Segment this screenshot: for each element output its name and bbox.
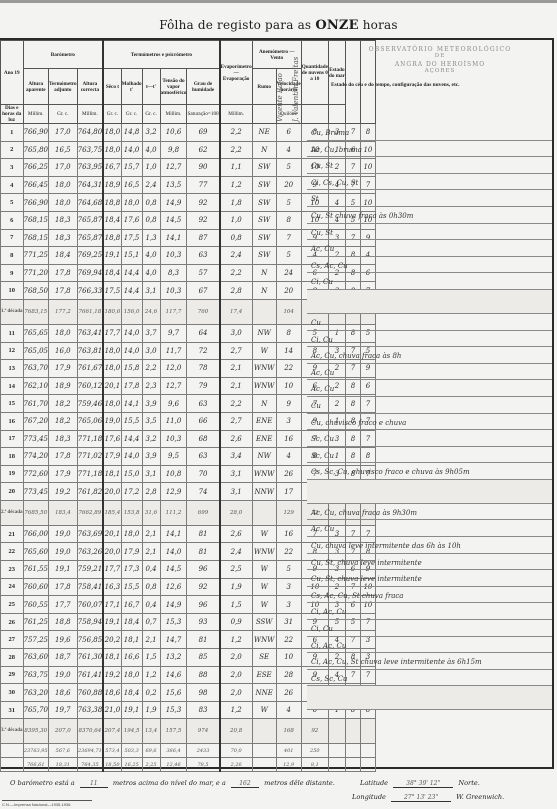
cell-alt-cor: 760,12 (77, 377, 103, 395)
observation-line: Ac, Cu (307, 240, 552, 257)
cell-term: 19,1 (49, 561, 78, 579)
cell-tensao: 157,5 (160, 719, 187, 744)
column-header: Tensão do vapor atmosférico (160, 69, 187, 105)
cell-alt-ap: 8395,30 (23, 719, 49, 744)
cell-vel: 8 (276, 324, 301, 342)
cell-rumo: SW (252, 247, 276, 265)
cell-alt-ap: 765,60 (23, 543, 49, 561)
cell-rumo: WNW (252, 377, 276, 395)
cell-hum: 78,5 (187, 758, 220, 772)
cell-term: 18,6 (49, 684, 78, 702)
column-header: Grau de humidade (187, 69, 220, 105)
day-cell: 22 (1, 543, 24, 561)
observation-line: Ci, Ac, Cu (307, 637, 552, 654)
observation-line: Sc, Cu (307, 447, 552, 464)
cell-term: 177,2 (49, 299, 78, 324)
observation-line: Cu, St, chuva leve intermitente (307, 570, 552, 587)
cell-dif: 3,0 (142, 342, 160, 360)
observatory-stamp: OBSERVATÓRIO METEOROLÓGICO DE ANGRA DO H… (365, 46, 515, 74)
cell-vel: 17 (276, 483, 301, 501)
cell-alt-ap: 765,65 (23, 324, 49, 342)
cell-evap: 1,2 (220, 176, 253, 194)
cell-alt-ap: 768,50 (23, 282, 49, 300)
cell-tensao: 9,7 (160, 324, 187, 342)
cell-seco: 180,6 (103, 299, 121, 324)
cell-alt-cor: 764,31 (77, 176, 103, 194)
cell-hum: 92 (187, 194, 220, 212)
day-cell: 29 (1, 666, 24, 684)
unit-label: Gr. c. (142, 105, 160, 124)
cell-evap: 2,4 (220, 543, 253, 561)
cell-tensao: 12,7 (160, 159, 187, 177)
cell-vel: 129 (276, 500, 301, 525)
cell-evap: 20,8 (220, 719, 253, 744)
cell-evap: 17,4 (220, 299, 253, 324)
cell-alt-cor: 769,94 (77, 264, 103, 282)
title-suffix: horas (359, 18, 398, 32)
cell-hum: 93 (187, 613, 220, 631)
cell-evap: 1,1 (220, 159, 253, 177)
cell-dif: 4,0 (142, 264, 160, 282)
footer: O barómetro está a 11 metros acima do ní… (0, 776, 557, 809)
cell-hum: 81 (187, 631, 220, 649)
observation-line: Sc, Cu (307, 430, 552, 447)
cell-tensao: 15,3 (160, 701, 187, 719)
observation-line: Cu, St (307, 157, 552, 174)
cell-term: 18,0 (49, 176, 78, 194)
cell-rumo: N (252, 264, 276, 282)
day-cell: 9 (1, 264, 24, 282)
cell-dif: 4,0 (142, 141, 160, 159)
cell-alt-ap: 766,90 (23, 124, 49, 142)
cell-alt-cor: 766,33 (77, 282, 103, 300)
cell-alt-ap: 765,80 (23, 141, 49, 159)
cell-alt-ap: 763,70 (23, 360, 49, 378)
cell-hum: 68 (187, 430, 220, 448)
cell-evap: 3,4 (220, 448, 253, 466)
cell-tensao: 14,9 (160, 194, 187, 212)
cell-seco: 20,1 (103, 377, 121, 395)
cell-hum: 98 (187, 684, 220, 702)
cell-hum: 88 (187, 666, 220, 684)
cell-evap: 2,2 (220, 395, 253, 413)
day-cell: 13 (1, 360, 24, 378)
cell-vel: 22 (276, 543, 301, 561)
cell-evap: 1,2 (220, 701, 253, 719)
cell-vel: 22 (276, 631, 301, 649)
cell-dif: 2,25 (142, 758, 160, 772)
cell-alt-ap: 772,60 (23, 465, 49, 483)
observation-line: Ac, Cu, bruma (307, 141, 552, 158)
cell-term: 207,0 (49, 719, 78, 744)
cell-alt-ap: 763,20 (23, 684, 49, 702)
cell-vel: 5 (276, 247, 301, 265)
cell-evap: 0,9 (220, 613, 253, 631)
cell-dif: 69,6 (142, 744, 160, 758)
cell-dif: 1,3 (142, 229, 160, 247)
day-cell: 3.ª década (1, 719, 24, 744)
observation-line: Ac, Cu, chuva fraca às 9h30m (307, 504, 552, 521)
cell-term: 18,7 (49, 649, 78, 667)
day-cell: 19 (1, 465, 24, 483)
cell-hum: 81 (187, 525, 220, 543)
observation-line: St (307, 190, 552, 207)
cell-alt-ap: 773,45 (23, 483, 49, 501)
cell-dif: 0,8 (142, 194, 160, 212)
observation-line: Ci, Cs, Cu, St (307, 174, 552, 191)
cell-term: 19,7 (49, 701, 78, 719)
observation-line: Cu, chuva leve intermitente das 6h às 10… (307, 537, 552, 554)
cell-seco: 18,1 (103, 465, 121, 483)
cell-molh: 15,5 (121, 578, 142, 596)
cell-alt-cor: 769,25 (77, 247, 103, 265)
cell-alt-cor: 763,81 (77, 342, 103, 360)
cell-term: 18,2 (49, 395, 78, 413)
observation-line: Cu, St (307, 224, 552, 241)
cell-hum: 64 (187, 324, 220, 342)
cell-seco: 17,7 (103, 561, 121, 579)
day-cell: 16 (1, 412, 24, 430)
column-header: Termómetro adjunto (49, 69, 78, 105)
page-edge (0, 0, 557, 3)
cell-dif: 3,1 (142, 282, 160, 300)
cell-dif: 3,7 (142, 324, 160, 342)
cell-molh: 14,4 (121, 264, 142, 282)
cell-seco: 16,7 (103, 159, 121, 177)
observations-column: OBSERVATÓRIO METEOROLÓGICO DE ANGRA DO H… (307, 40, 552, 767)
cell-tensao: 14,1 (160, 229, 187, 247)
cell-seco: 20,0 (103, 543, 121, 561)
cell-dif: 3,2 (142, 124, 160, 142)
cell-vel: 3 (276, 596, 301, 614)
cell-hum: 96 (187, 561, 220, 579)
barometer-height-value: 11 (80, 780, 108, 788)
cell-alt-ap: 762,10 (23, 377, 49, 395)
cell-alt-ap: 7685,50 (23, 500, 49, 525)
cell-molh: 14,4 (121, 430, 142, 448)
cell-tensao: 111,2 (160, 500, 187, 525)
observation-line: Cu (307, 397, 552, 414)
cell-hum: 81 (187, 543, 220, 561)
cell-tensao: 117,7 (160, 299, 187, 324)
observations-list: Cu, BrumaAc, Cu, brumaCu, StCi, Cs, Cu, … (307, 124, 552, 710)
observations-caption: Estado do céu e do tempo, configuração d… (331, 82, 459, 88)
day-cell: 7 (1, 229, 24, 247)
cell-tensao: 14,0 (160, 543, 187, 561)
cell-vel: 20 (276, 176, 301, 194)
cell-alt-cor: 763,75 (77, 141, 103, 159)
cell-evap: 2,6 (220, 430, 253, 448)
cell-hum: 699 (187, 500, 220, 525)
cell-dif: 0,4 (142, 596, 160, 614)
cell-molh: 14,4 (121, 282, 142, 300)
cell-term: 18,2 (49, 412, 78, 430)
cell-evap: 2,1 (220, 377, 253, 395)
observation-line: Cu, chuvisco fraco e chuva (307, 414, 552, 431)
cell-molh: 17,6 (121, 211, 142, 229)
cell-molh: 17,3 (121, 561, 142, 579)
cell-molh: 156,0 (121, 299, 142, 324)
cell-dif: 3,9 (142, 395, 160, 413)
cell-molh: 153,8 (121, 500, 142, 525)
cell-alt-ap: 773,45 (23, 430, 49, 448)
cell-molh: 14,1 (121, 395, 142, 413)
observation-line: Cs, Ac, Cu (307, 257, 552, 274)
cell-dif: 1,5 (142, 649, 160, 667)
cell-molh: 14,0 (121, 342, 142, 360)
cell-alt-ap: 760,55 (23, 596, 49, 614)
cell-tensao: 9,6 (160, 395, 187, 413)
cell-molh: 14,8 (121, 124, 142, 142)
cell-vel: 4 (276, 141, 301, 159)
cell-alt-ap: 761,70 (23, 395, 49, 413)
cell-dif: 3,5 (142, 412, 160, 430)
register-sheet: Ano 19 Barómetro Termómetros e psicrómet… (0, 38, 554, 769)
cell-alt-cor: 763,26 (77, 543, 103, 561)
cell-vel: 10 (276, 649, 301, 667)
cell-alt-ap: 768,15 (23, 229, 49, 247)
cell-vel: 14 (276, 342, 301, 360)
cell-dif: 0,8 (142, 578, 160, 596)
day-cell: 4 (1, 176, 24, 194)
cell-term: 567,6 (49, 744, 78, 758)
cell-alt-cor: 763,69 (77, 525, 103, 543)
unit-label: Saturação=100 (187, 105, 220, 124)
cell-evap: 3,1 (220, 465, 253, 483)
day-cell: 20 (1, 483, 24, 501)
cell-rumo: W (252, 578, 276, 596)
cell-rumo: W (252, 701, 276, 719)
cell-rumo: WNW (252, 465, 276, 483)
cell-term: 19,0 (49, 543, 78, 561)
cell-tensao: 12,46 (160, 758, 187, 772)
cell-term: 17,8 (49, 578, 78, 596)
cell-tensao: 14,1 (160, 525, 187, 543)
cell-vel: 12,9 (276, 758, 301, 772)
cell-vel: 5 (276, 561, 301, 579)
cell-term: 17,9 (49, 360, 78, 378)
day-cell: 2.ª década (1, 500, 24, 525)
day-cell: 1 (1, 124, 24, 142)
cell-alt-cor: 758,94 (77, 613, 103, 631)
cell-vel: 104 (276, 299, 301, 324)
header-barometer: Barómetro (23, 41, 103, 69)
cell-term: 17,7 (49, 596, 78, 614)
cell-alt-cor: 764,68 (77, 194, 103, 212)
cell-rumo (252, 299, 276, 324)
cell-rumo (252, 758, 276, 772)
cell-term: 18,0 (49, 324, 78, 342)
cell-rumo: WNW (252, 360, 276, 378)
cell-seco: 18,0 (103, 124, 121, 142)
cell-alt-cor: 761,41 (77, 666, 103, 684)
cell-alt-cor: 758,41 (77, 578, 103, 596)
cell-tensao: 11,7 (160, 342, 187, 360)
day-cell: 15 (1, 395, 24, 413)
cell-vel: 401 (276, 744, 301, 758)
header-year: Ano 19 (1, 41, 24, 105)
cell-alt-cor: 763,95 (77, 159, 103, 177)
cell-evap: 2,0 (220, 666, 253, 684)
cell-seco: 18,50 (103, 758, 121, 772)
header-evaporation: Evaporímetro — Evaporação (220, 41, 253, 105)
cell-seco: 19,1 (103, 613, 121, 631)
cell-rumo: ENE (252, 430, 276, 448)
cell-tensao: 12,6 (160, 578, 187, 596)
cell-term: 183,4 (49, 500, 78, 525)
cell-rumo: NNW (252, 483, 276, 501)
cell-alt-cor: 7662,89 (77, 500, 103, 525)
cell-evap: 28,0 (220, 500, 253, 525)
day-cell: 17 (1, 430, 24, 448)
cell-hum: 90 (187, 159, 220, 177)
cell-tensao: 14,9 (160, 596, 187, 614)
unit-label: Gr. c. (103, 105, 121, 124)
day-cell: 18 (1, 448, 24, 466)
cell-evap: 1,2 (220, 631, 253, 649)
cell-tensao: 10,6 (160, 124, 187, 142)
cell-alt-ap: 23763,95 (23, 744, 49, 758)
observation-line: Cs, Sc, Cu, chuvisco fraco e chuva às 9h… (307, 463, 552, 480)
cell-alt-cor: 761,67 (77, 360, 103, 378)
cell-molh: 15,7 (121, 159, 142, 177)
cell-seco: 20,2 (103, 631, 121, 649)
cell-alt-ap: 771,25 (23, 247, 49, 265)
cell-evap: 2,0 (220, 649, 253, 667)
cell-seco: 18,0 (103, 360, 121, 378)
column-header: t—t' (142, 69, 160, 105)
cell-term: 17,8 (49, 282, 78, 300)
observation-line: Ac, Cu (307, 380, 552, 397)
observation-line (307, 480, 552, 504)
cell-tensao: 13,2 (160, 649, 187, 667)
cell-alt-ap: 765,05 (23, 342, 49, 360)
cell-dif: 4,0 (142, 247, 160, 265)
cell-evap: 2,7 (220, 412, 253, 430)
title-hour: ONZE (315, 18, 358, 33)
cell-evap: 1,9 (220, 578, 253, 596)
cell-seco: 18,4 (103, 264, 121, 282)
day-cell: 10 (1, 282, 24, 300)
cell-hum: 96 (187, 596, 220, 614)
cell-molh: 18,1 (121, 631, 142, 649)
printer-imprint: C.N.—Imprensa Nacional—1935-1936 (2, 800, 92, 807)
cell-alt-cor: 765,87 (77, 229, 103, 247)
cell-term: 17,8 (49, 448, 78, 466)
cell-hum: 69 (187, 124, 220, 142)
cell-term: 18,9 (49, 377, 78, 395)
cell-alt-ap: 757,25 (23, 631, 49, 649)
cell-molh: 15,8 (121, 360, 142, 378)
cell-dif: 1,9 (142, 701, 160, 719)
cell-seco: 207,4 (103, 719, 121, 744)
cell-rumo: NE (252, 124, 276, 142)
observation-line: Ac, Cu (307, 364, 552, 381)
cell-molh: 194,5 (121, 719, 142, 744)
cell-alt-ap: 766,45 (23, 176, 49, 194)
cell-seco: 185,4 (103, 500, 121, 525)
day-cell: 30 (1, 684, 24, 702)
day-cell: 31 (1, 701, 24, 719)
day-cell: 8 (1, 247, 24, 265)
cell-alt-cor: 760,88 (77, 684, 103, 702)
cell-dif: 24,6 (142, 299, 160, 324)
cell-molh: 14,0 (121, 324, 142, 342)
cell-vel: 31 (276, 613, 301, 631)
cell-hum: 66 (187, 412, 220, 430)
cell-alt-cor: 761,82 (77, 483, 103, 501)
latitude-value: 38° 39' 12" (393, 780, 453, 788)
cell-alt-cor: 760,07 (77, 596, 103, 614)
cell-seco: 18,6 (103, 684, 121, 702)
cell-vel: 20 (276, 282, 301, 300)
cell-term: 18,3 (49, 430, 78, 448)
cell-rumo: WNW (252, 543, 276, 561)
cell-tensao: 14,7 (160, 631, 187, 649)
cell-rumo: NW (252, 324, 276, 342)
cell-evap: 1,5 (220, 596, 253, 614)
cell-dif: 2,1 (142, 631, 160, 649)
cell-seco: 18,0 (103, 395, 121, 413)
cell-tensao: 14,5 (160, 211, 187, 229)
cell-rumo: SSW (252, 613, 276, 631)
cell-tensao: 14,5 (160, 561, 187, 579)
cell-hum: 78 (187, 360, 220, 378)
cell-alt-ap: 768,15 (23, 211, 49, 229)
cell-rumo: SW (252, 229, 276, 247)
cell-rumo: NW (252, 448, 276, 466)
day-cell: 5 (1, 194, 24, 212)
cell-hum: 57 (187, 264, 220, 282)
cell-seco: 573,4 (103, 744, 121, 758)
observation-line: Ci, Ac, Cu (307, 603, 552, 620)
cell-evap: 2,4 (220, 247, 253, 265)
cell-rumo: SW (252, 194, 276, 212)
day-cell: 26 (1, 613, 24, 631)
cell-dif: 2,8 (142, 483, 160, 501)
cell-vel: 28 (276, 666, 301, 684)
cell-evap: 2,8 (220, 282, 253, 300)
cell-vel: 7 (276, 229, 301, 247)
unit-label: Gr. c. (49, 105, 78, 124)
cell-dif: 2,4 (142, 176, 160, 194)
cell-hum: 62 (187, 141, 220, 159)
observation-line: Ac, Cu (307, 520, 552, 537)
column-header: Sêco t (103, 69, 121, 105)
cell-term: 18,3 (49, 229, 78, 247)
cell-alt-cor: 771,18 (77, 430, 103, 448)
cell-alt-ap: 774,20 (23, 448, 49, 466)
cell-alt-ap: 767,20 (23, 412, 49, 430)
unit-label: Millim. (160, 105, 187, 124)
observer-signature-2: J. Valentim Freitas (292, 44, 306, 122)
cell-evap: 2,7 (220, 342, 253, 360)
cell-seco: 18,0 (103, 342, 121, 360)
cell-seco: 18,8 (103, 229, 121, 247)
cell-tensao: 10,3 (160, 282, 187, 300)
cell-term: 19,2 (49, 483, 78, 501)
cell-term: 17,0 (49, 124, 78, 142)
cell-dif: 1,2 (142, 666, 160, 684)
cell-molh: 18,0 (121, 525, 142, 543)
cell-tensao: 10,8 (160, 465, 187, 483)
cell-hum: 2433 (187, 744, 220, 758)
cell-alt-ap: 7683,15 (23, 299, 49, 324)
cell-molh: 503,3 (121, 744, 142, 758)
latitude: Latitude 38° 39' 12" Norte. (360, 779, 480, 788)
cell-hum: 74 (187, 483, 220, 501)
day-cell: 12 (1, 342, 24, 360)
